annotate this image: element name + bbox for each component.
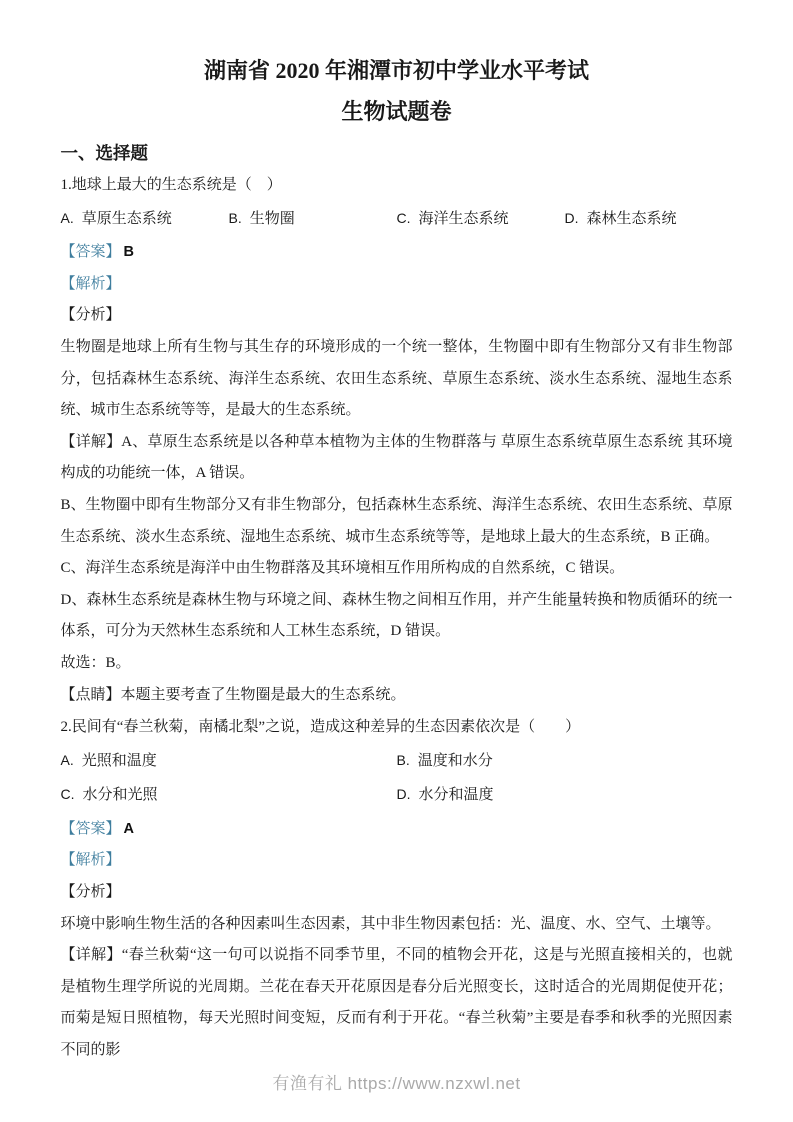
q1-detail-a-text: A、草原生态系统是以各种草本植物为主体的生物群落与 草原生态系统草原生态系统 其… xyxy=(61,434,733,482)
q1-option-b-text: 生物圈 xyxy=(250,211,295,227)
answer-label: 【答案】 xyxy=(61,821,121,837)
q1-analysis-text: 生物圈是地球上所有生物与其生存的环境形成的一个统一整体，生物圈中即有生物部分又有… xyxy=(61,332,733,427)
analysis-label: 【分析】 xyxy=(61,307,121,323)
q1-explain-line: 【解析】 xyxy=(61,269,733,301)
q2-option-c: C.水分和光照 xyxy=(61,779,397,812)
q1-option-a-text: 草原生态系统 xyxy=(82,211,172,227)
q1-point: 【点睛】本题主要考查了生物圈是最大的生态系统。 xyxy=(61,680,733,712)
q1-detail-d: D、森林生态系统是森林生物与环境之间、森林生物之间相互作用，并产生能量转换和物质… xyxy=(61,585,733,648)
q2-option-c-text: 水分和光照 xyxy=(83,787,158,803)
q2-option-d-key: D. xyxy=(397,779,411,811)
doc-subtitle: 生物试题卷 xyxy=(61,97,733,127)
q1-stem: 1.地球上最大的生态系统是（ ） xyxy=(61,170,733,202)
analysis-label: 【分析】 xyxy=(61,884,121,900)
q1-option-a-key: A. xyxy=(61,203,74,235)
q1-point-text: 本题主要考查了生物圈是最大的生态系统。 xyxy=(121,687,406,703)
q1-options: A.草原生态系统 B.生物圈 C.海洋生态系统 D.森林生态系统 xyxy=(61,203,733,236)
q1-option-a: A.草原生态系统 xyxy=(61,203,229,236)
q1-option-d-key: D. xyxy=(565,203,579,235)
q2-explain-line: 【解析】 xyxy=(61,845,733,877)
q1-option-c-key: C. xyxy=(397,203,411,235)
q1-detail-b: B、生物圈中即有生物部分又有非生物部分，包括森林生态系统、海洋生态系统、农田生态… xyxy=(61,490,733,553)
q2-detail-text: “春兰秋菊“这一句可以说指不同季节里，不同的植物会开花，这是与光照直接相关的，也… xyxy=(61,947,733,1058)
explain-label: 【解析】 xyxy=(61,276,121,292)
q1-answer-line: 【答案】B xyxy=(61,237,733,269)
q2-option-b: B.温度和水分 xyxy=(397,745,733,778)
q1-analysis-label-line: 【分析】 xyxy=(61,300,733,332)
q1-option-d: D.森林生态系统 xyxy=(565,203,733,236)
q1-option-b: B.生物圈 xyxy=(229,203,397,236)
q2-answer-line: 【答案】A xyxy=(61,814,733,846)
q2-options-row2: C.水分和光照 D.水分和温度 xyxy=(61,779,733,812)
detail-label: 【详解】 xyxy=(61,434,122,450)
q2-option-b-key: B. xyxy=(397,745,410,777)
q2-option-b-text: 温度和水分 xyxy=(418,753,493,769)
answer-label: 【答案】 xyxy=(61,244,121,260)
page-footer-watermark: 有渔有礼 https://www.nzxwl.net xyxy=(0,1069,793,1094)
q1-conclusion: 故选：B。 xyxy=(61,648,733,680)
document-page: 湖南省 2020 年湘潭市初中学业水平考试 生物试题卷 一、选择题 1.地球上最… xyxy=(0,0,793,1122)
q2-answer-value: A xyxy=(124,821,134,837)
q2-option-a-text: 光照和温度 xyxy=(82,753,157,769)
q2-analysis-label-line: 【分析】 xyxy=(61,877,733,909)
q1-option-d-text: 森林生态系统 xyxy=(587,211,677,227)
q1-detail-c: C、海洋生态系统是海洋中由生物群落及其环境相互作用所构成的自然系统，C 错误。 xyxy=(61,553,733,585)
q2-options-row1: A.光照和温度 B.温度和水分 xyxy=(61,745,733,778)
q1-option-c: C.海洋生态系统 xyxy=(397,203,565,236)
q2-option-d-text: 水分和温度 xyxy=(419,787,494,803)
q2-option-c-key: C. xyxy=(61,779,75,811)
q1-option-b-key: B. xyxy=(229,203,242,235)
q2-detail: 【详解】“春兰秋菊“这一句可以说指不同季节里，不同的植物会开花，这是与光照直接相… xyxy=(61,940,733,1066)
document-content: 湖南省 2020 年湘潭市初中学业水平考试 生物试题卷 一、选择题 1.地球上最… xyxy=(61,0,733,1067)
q2-option-d: D.水分和温度 xyxy=(397,779,733,812)
section-heading: 一、选择题 xyxy=(61,140,733,166)
q2-option-a: A.光照和温度 xyxy=(61,745,397,778)
point-label: 【点睛】 xyxy=(61,687,121,703)
q2-analysis-text: 环境中影响生物生活的各种因素叫生态因素，其中非生物因素包括：光、温度、水、空气、… xyxy=(61,909,733,941)
q1-option-c-text: 海洋生态系统 xyxy=(419,211,509,227)
q1-detail-a: 【详解】A、草原生态系统是以各种草本植物为主体的生物群落与 草原生态系统草原生态… xyxy=(61,427,733,490)
detail-label: 【详解】 xyxy=(61,947,122,963)
q1-answer-value: B xyxy=(124,244,134,260)
q2-stem: 2.民间有“春兰秋菊，南橘北梨”之说，造成这种差异的生态因素依次是（ ） xyxy=(61,712,733,744)
explain-label: 【解析】 xyxy=(61,852,121,868)
q2-option-a-key: A. xyxy=(61,745,74,777)
doc-title: 湖南省 2020 年湘潭市初中学业水平考试 xyxy=(61,56,733,86)
